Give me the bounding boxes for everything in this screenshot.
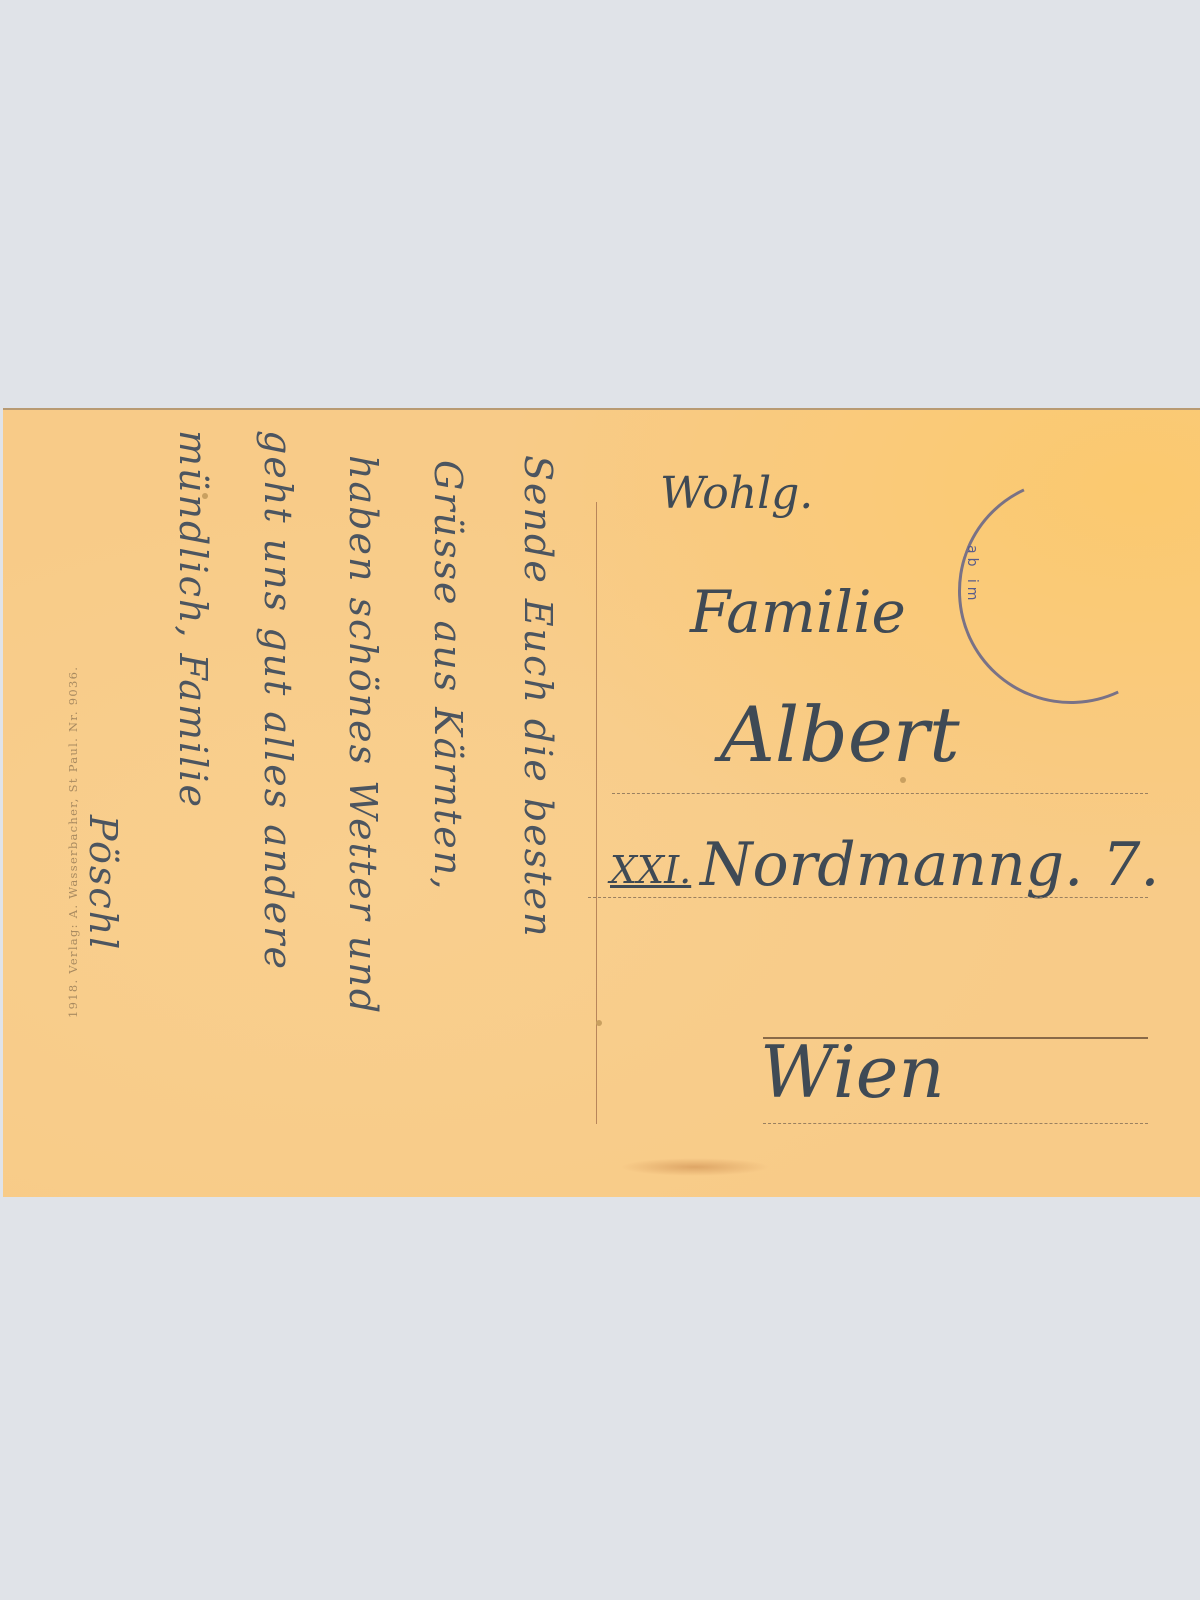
- address-rule: [763, 1123, 1148, 1124]
- speck: [202, 493, 208, 499]
- stain: [620, 1158, 770, 1176]
- address-line-2: Albert: [720, 690, 960, 779]
- address-city: Wien: [760, 1030, 945, 1114]
- address-rule: [588, 897, 1148, 898]
- divider-line: [596, 502, 597, 1124]
- address-district: XXI.: [610, 848, 691, 892]
- address-salutation: Wohlg.: [660, 468, 813, 519]
- postmark-text: ab im: [964, 545, 980, 604]
- address-street: Nordmanng. 7.: [700, 830, 1159, 900]
- publisher-imprint: 1918. Verlag: A. Wasserbacher, St Paul. …: [66, 666, 80, 1018]
- address-line-1: Familie: [690, 578, 906, 646]
- address-rule: [612, 793, 1148, 794]
- message-line: haben schönes Wetter und: [341, 455, 385, 1015]
- message-line: Sende Euch die besten: [516, 455, 560, 939]
- speck: [900, 777, 906, 783]
- message-line: Grüsse aus Kärnten,: [426, 460, 470, 891]
- message-line: geht uns gut alles andere: [256, 430, 300, 971]
- speck: [596, 1020, 602, 1026]
- message-line: mündlich, Familie: [171, 430, 215, 809]
- signature: Pöschl: [81, 815, 125, 951]
